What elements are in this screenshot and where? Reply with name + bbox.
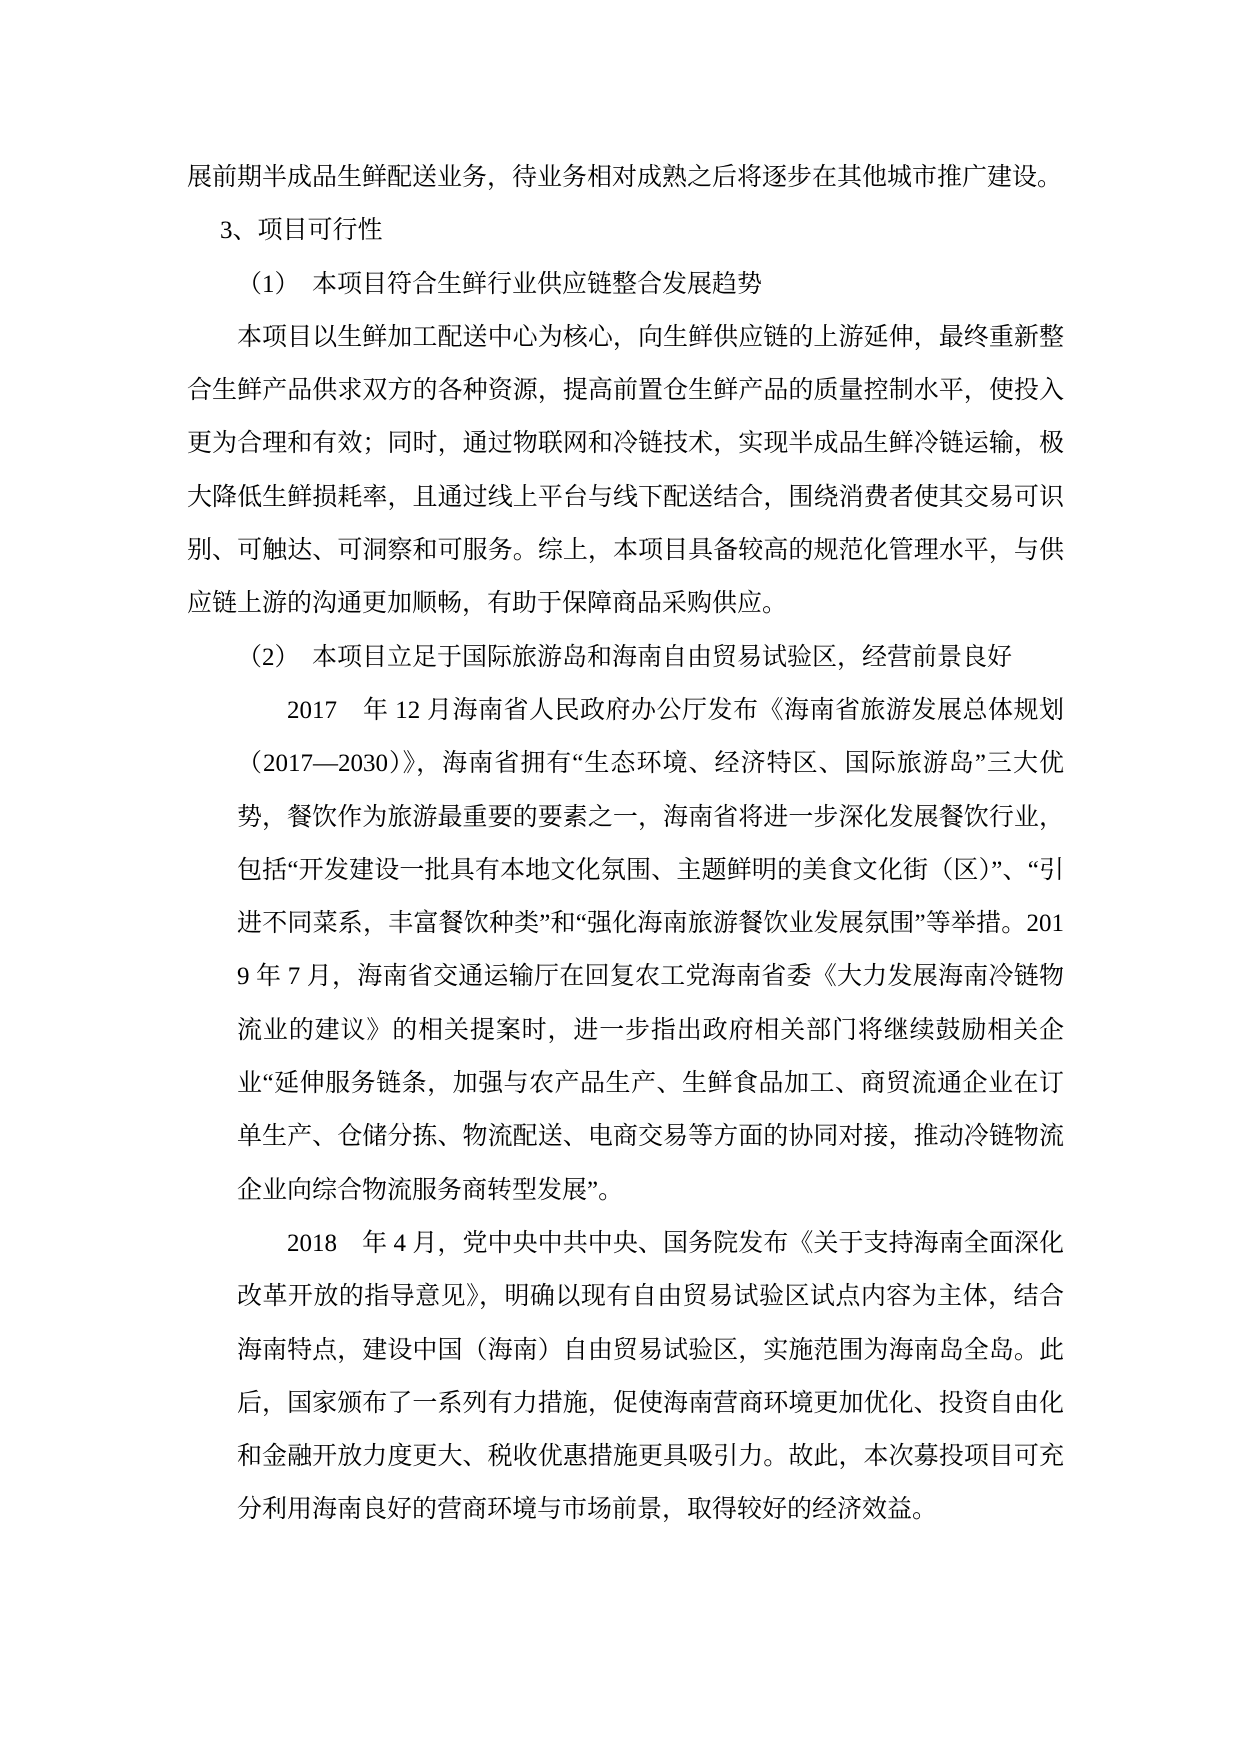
heading-section-3-feasibility: 3、项目可行性 [187,204,1064,257]
heading-item-1-supply-chain-trend: （1） 本项目符合生鲜行业供应链整合发展趋势 [187,258,1064,311]
document-content: 展前期半成品生鲜配送业务，待业务相对成熟之后将逐步在其他城市推广建设。 3、项目… [187,151,1064,1537]
paragraph-body-continuation: 展前期半成品生鲜配送业务，待业务相对成熟之后将逐步在其他城市推广建设。 [187,151,1064,204]
paragraph-citation-2018-free-trade-zone: 2018 年 4 月，党中央中共中央、国务院发布《关于支持海南全面深化改革开放的… [237,1217,1064,1537]
document-page: 展前期半成品生鲜配送业务，待业务相对成熟之后将逐步在其他城市推广建设。 3、项目… [0,0,1240,1754]
paragraph-citation-2017-tourism-plan: 2017 年 12 月海南省人民政府办公厅发布《海南省旅游发展总体规划（2017… [237,684,1064,1217]
heading-item-2-hainan-prospects: （2） 本项目立足于国际旅游岛和海南自由贸易试验区，经营前景良好 [187,631,1064,684]
paragraph-body-project-core: 本项目以生鲜加工配送中心为核心，向生鲜供应链的上游延伸，最终重新整合生鲜产品供求… [187,311,1064,631]
